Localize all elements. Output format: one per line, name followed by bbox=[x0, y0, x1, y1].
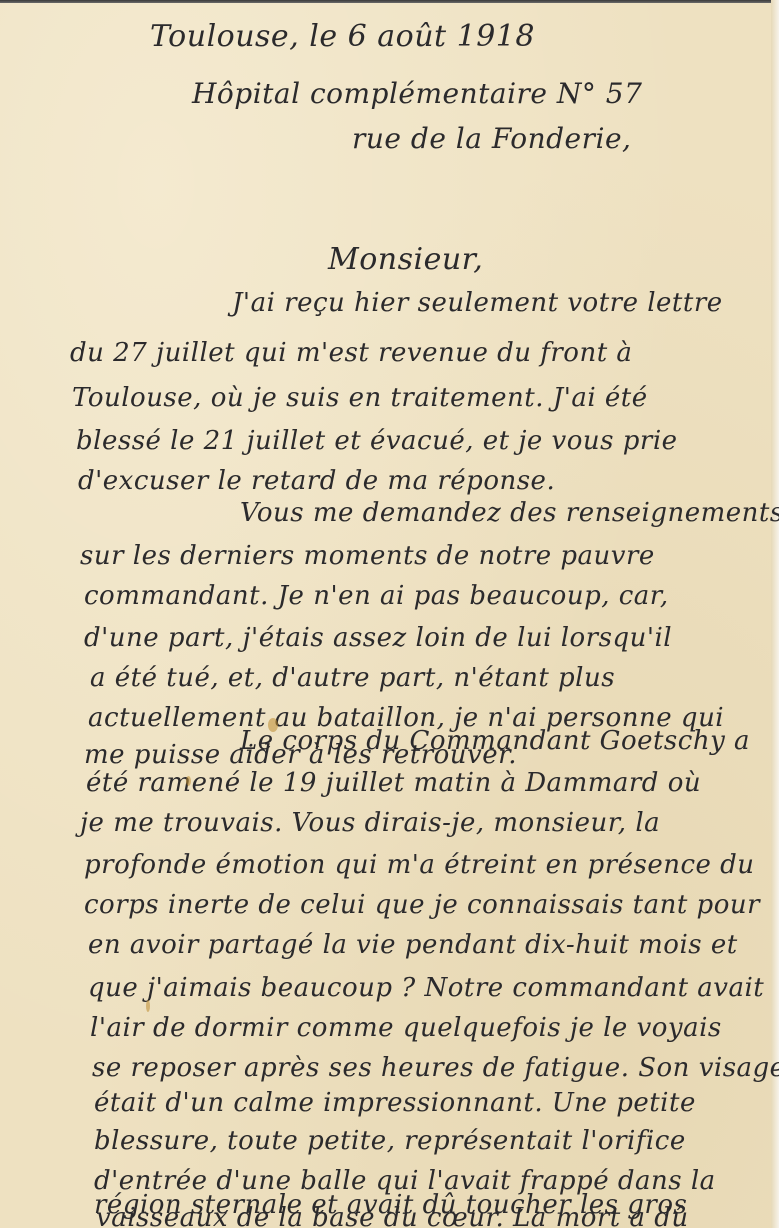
letter-line: était d'un calme impressionnant. Une pet… bbox=[94, 1090, 696, 1116]
letter-address-line2: rue de la Fonderie, bbox=[352, 125, 631, 153]
scan-right-edge bbox=[771, 0, 779, 1228]
letter-line: J'ai reçu hier seulement votre lettre bbox=[232, 290, 723, 316]
letter-line: Le corps du Commandant Goetschy a bbox=[240, 728, 750, 754]
letter-line: sur les derniers moments de notre pauvre bbox=[80, 543, 655, 569]
letter-line: l'air de dormir comme quelquefois je le … bbox=[90, 1015, 722, 1041]
letter-place-date: Toulouse, le 6 août 1918 bbox=[150, 22, 535, 52]
letter-line: commandant. Je n'en ai pas beaucoup, car… bbox=[84, 583, 669, 609]
letter-line: se reposer après ses heures de fatigue. … bbox=[92, 1055, 779, 1081]
letter-line: blessure, toute petite, représentait l'o… bbox=[94, 1128, 686, 1154]
letter-line: corps inerte de celui que je connaissais… bbox=[84, 892, 760, 918]
letter-page: Toulouse, le 6 août 1918 Hôpital complém… bbox=[0, 0, 779, 1228]
ink-stain bbox=[186, 776, 191, 786]
letter-line: Toulouse, où je suis en traitement. J'ai… bbox=[72, 385, 648, 411]
letter-address-line1: Hôpital complémentaire N° 57 bbox=[192, 80, 642, 108]
letter-line: profonde émotion qui m'a étreint en prés… bbox=[84, 852, 755, 878]
ink-stain bbox=[268, 718, 278, 732]
letter-line: je me trouvais. Vous dirais-je, monsieur… bbox=[80, 810, 660, 836]
letter-line: d'excuser le retard de ma réponse. bbox=[78, 468, 555, 494]
letter-line: que j'aimais beaucoup ? Notre commandant… bbox=[88, 975, 764, 1001]
letter-line: a été tué, et, d'autre part, n'étant plu… bbox=[90, 665, 615, 691]
letter-line: en avoir partagé la vie pendant dix-huit… bbox=[88, 932, 738, 958]
letter-line: vaisseaux de la base du cœur. La mort a … bbox=[96, 1205, 689, 1228]
letter-line: d'une part, j'étais assez loin de lui lo… bbox=[84, 625, 672, 651]
letter-line: blessé le 21 juillet et évacué, et je vo… bbox=[76, 428, 678, 454]
letter-salutation: Monsieur, bbox=[328, 245, 483, 275]
letter-line: été ramené le 19 juillet matin à Dammard… bbox=[86, 770, 701, 796]
letter-line: Vous me demandez des renseignements bbox=[240, 500, 779, 526]
letter-line: du 27 juillet qui m'est revenue du front… bbox=[70, 340, 632, 366]
scan-top-edge bbox=[0, 0, 779, 3]
ink-stain bbox=[146, 1000, 150, 1012]
